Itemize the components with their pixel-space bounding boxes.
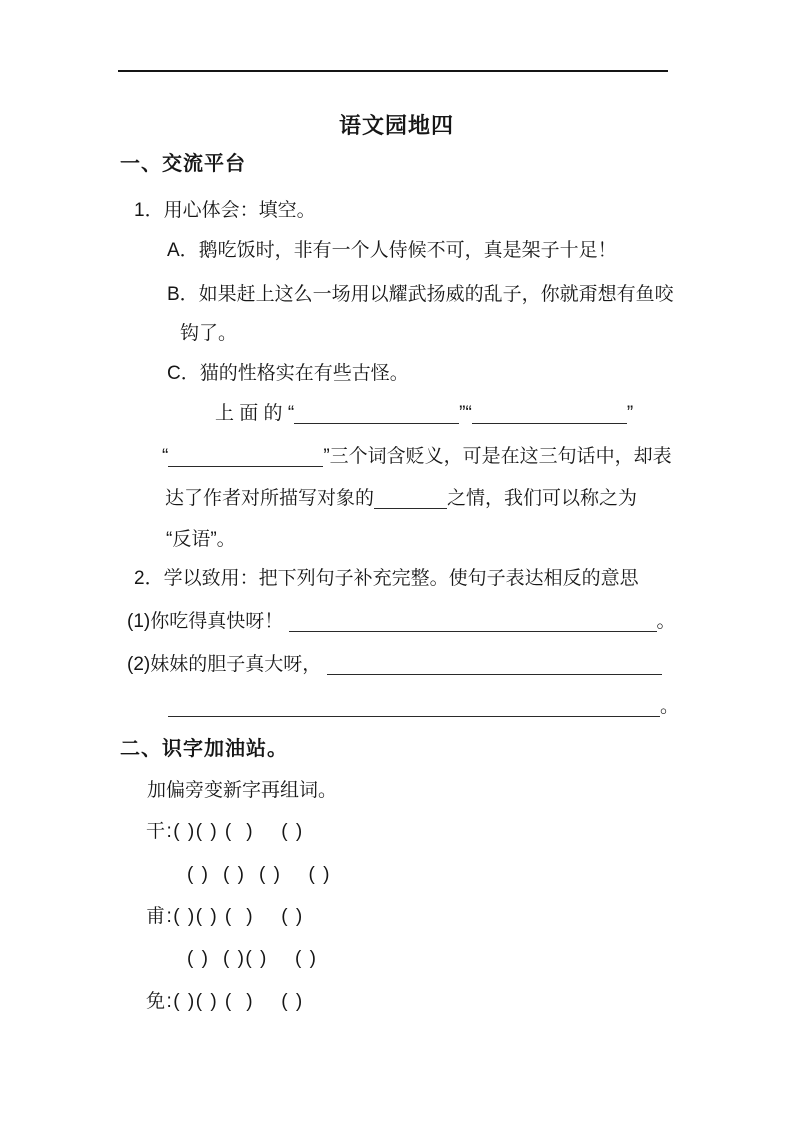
option-a: A．鹅吃饭时，非有一个人侍候不可，真是架子十足！ (167, 239, 617, 263)
page-title: 语文园地四 (0, 109, 793, 140)
radical-row-fu: 甫:( )( ) ( ) ( ) (146, 905, 304, 929)
fill-line-3-prefix: 达了作者对所描写对象的 (165, 488, 374, 509)
worksheet-page: 语文园地四 一、交流平台 1．用心体会：填空。 A．鹅吃饭时，非有一个人侍候不可… (0, 0, 793, 1122)
blank-line (374, 490, 447, 509)
question-2-2-continuation: 。 (168, 695, 679, 719)
option-c: C．猫的性格实在有些古怪。 (167, 362, 409, 386)
section2-heading: 二、识字加油站。 (120, 737, 288, 761)
fill-line-4: “反语”。 (166, 528, 236, 552)
fill-line-2-suffix: ”三个词含贬义，可是在这三句话中，却表 (323, 446, 671, 467)
option-b-line2: 钩了。 (180, 322, 237, 346)
fill-line-1-suffix: ” (627, 403, 633, 424)
blank-line (168, 448, 323, 467)
option-b-line1: B．如果赶上这么一场用以耀武扬威的乱子，你就甭想有鱼咬 (167, 283, 674, 307)
fill-line-2: “”三个词含贬义，可是在这三句话中，却表 (162, 445, 672, 469)
fill-line-1: 上 面 的 “”“” (215, 402, 633, 426)
fill-line-3-suffix: 之情，我们可以称之为 (447, 488, 637, 509)
question-2: 2．学以致用：把下列句子补充完整。使句子表达相反的意思 (134, 567, 639, 591)
question-1: 1．用心体会：填空。 (134, 199, 316, 223)
radical-row-fu-extra: ( ) ( )( ) ( ) (187, 947, 317, 971)
header-rule (118, 70, 668, 72)
blank-line (472, 405, 627, 424)
radical-row-gan-extra: ( ) ( ) ( ) ( ) (187, 863, 331, 887)
blank-line (294, 405, 459, 424)
continuation-period: 。 (660, 696, 679, 717)
blank-line (327, 656, 662, 675)
question-2-1: (1)你吃得真快呀！ 。 (127, 610, 676, 634)
question-2-1-period: 。 (657, 611, 676, 632)
question-2-1-text: (1)你吃得真快呀！ (127, 611, 289, 632)
blank-line (168, 698, 660, 717)
fill-line-1-prefix: 上 面 的 “ (215, 403, 294, 424)
section1-heading: 一、交流平台 (120, 152, 246, 176)
section2-instruction: 加偏旁变新字再组词。 (147, 779, 337, 803)
question-2-2-text: (2)妹妹的胆子真大呀， (127, 654, 327, 675)
radical-row-gan: 干:( )( ) ( ) ( ) (146, 820, 304, 844)
question-2-2: (2)妹妹的胆子真大呀， (127, 653, 662, 677)
fill-line-1-mid: ”“ (459, 403, 472, 424)
fill-line-3: 达了作者对所描写对象的之情，我们可以称之为 (165, 487, 637, 511)
radical-row-mian: 免:( )( ) ( ) ( ) (146, 990, 304, 1014)
blank-line (289, 613, 657, 632)
